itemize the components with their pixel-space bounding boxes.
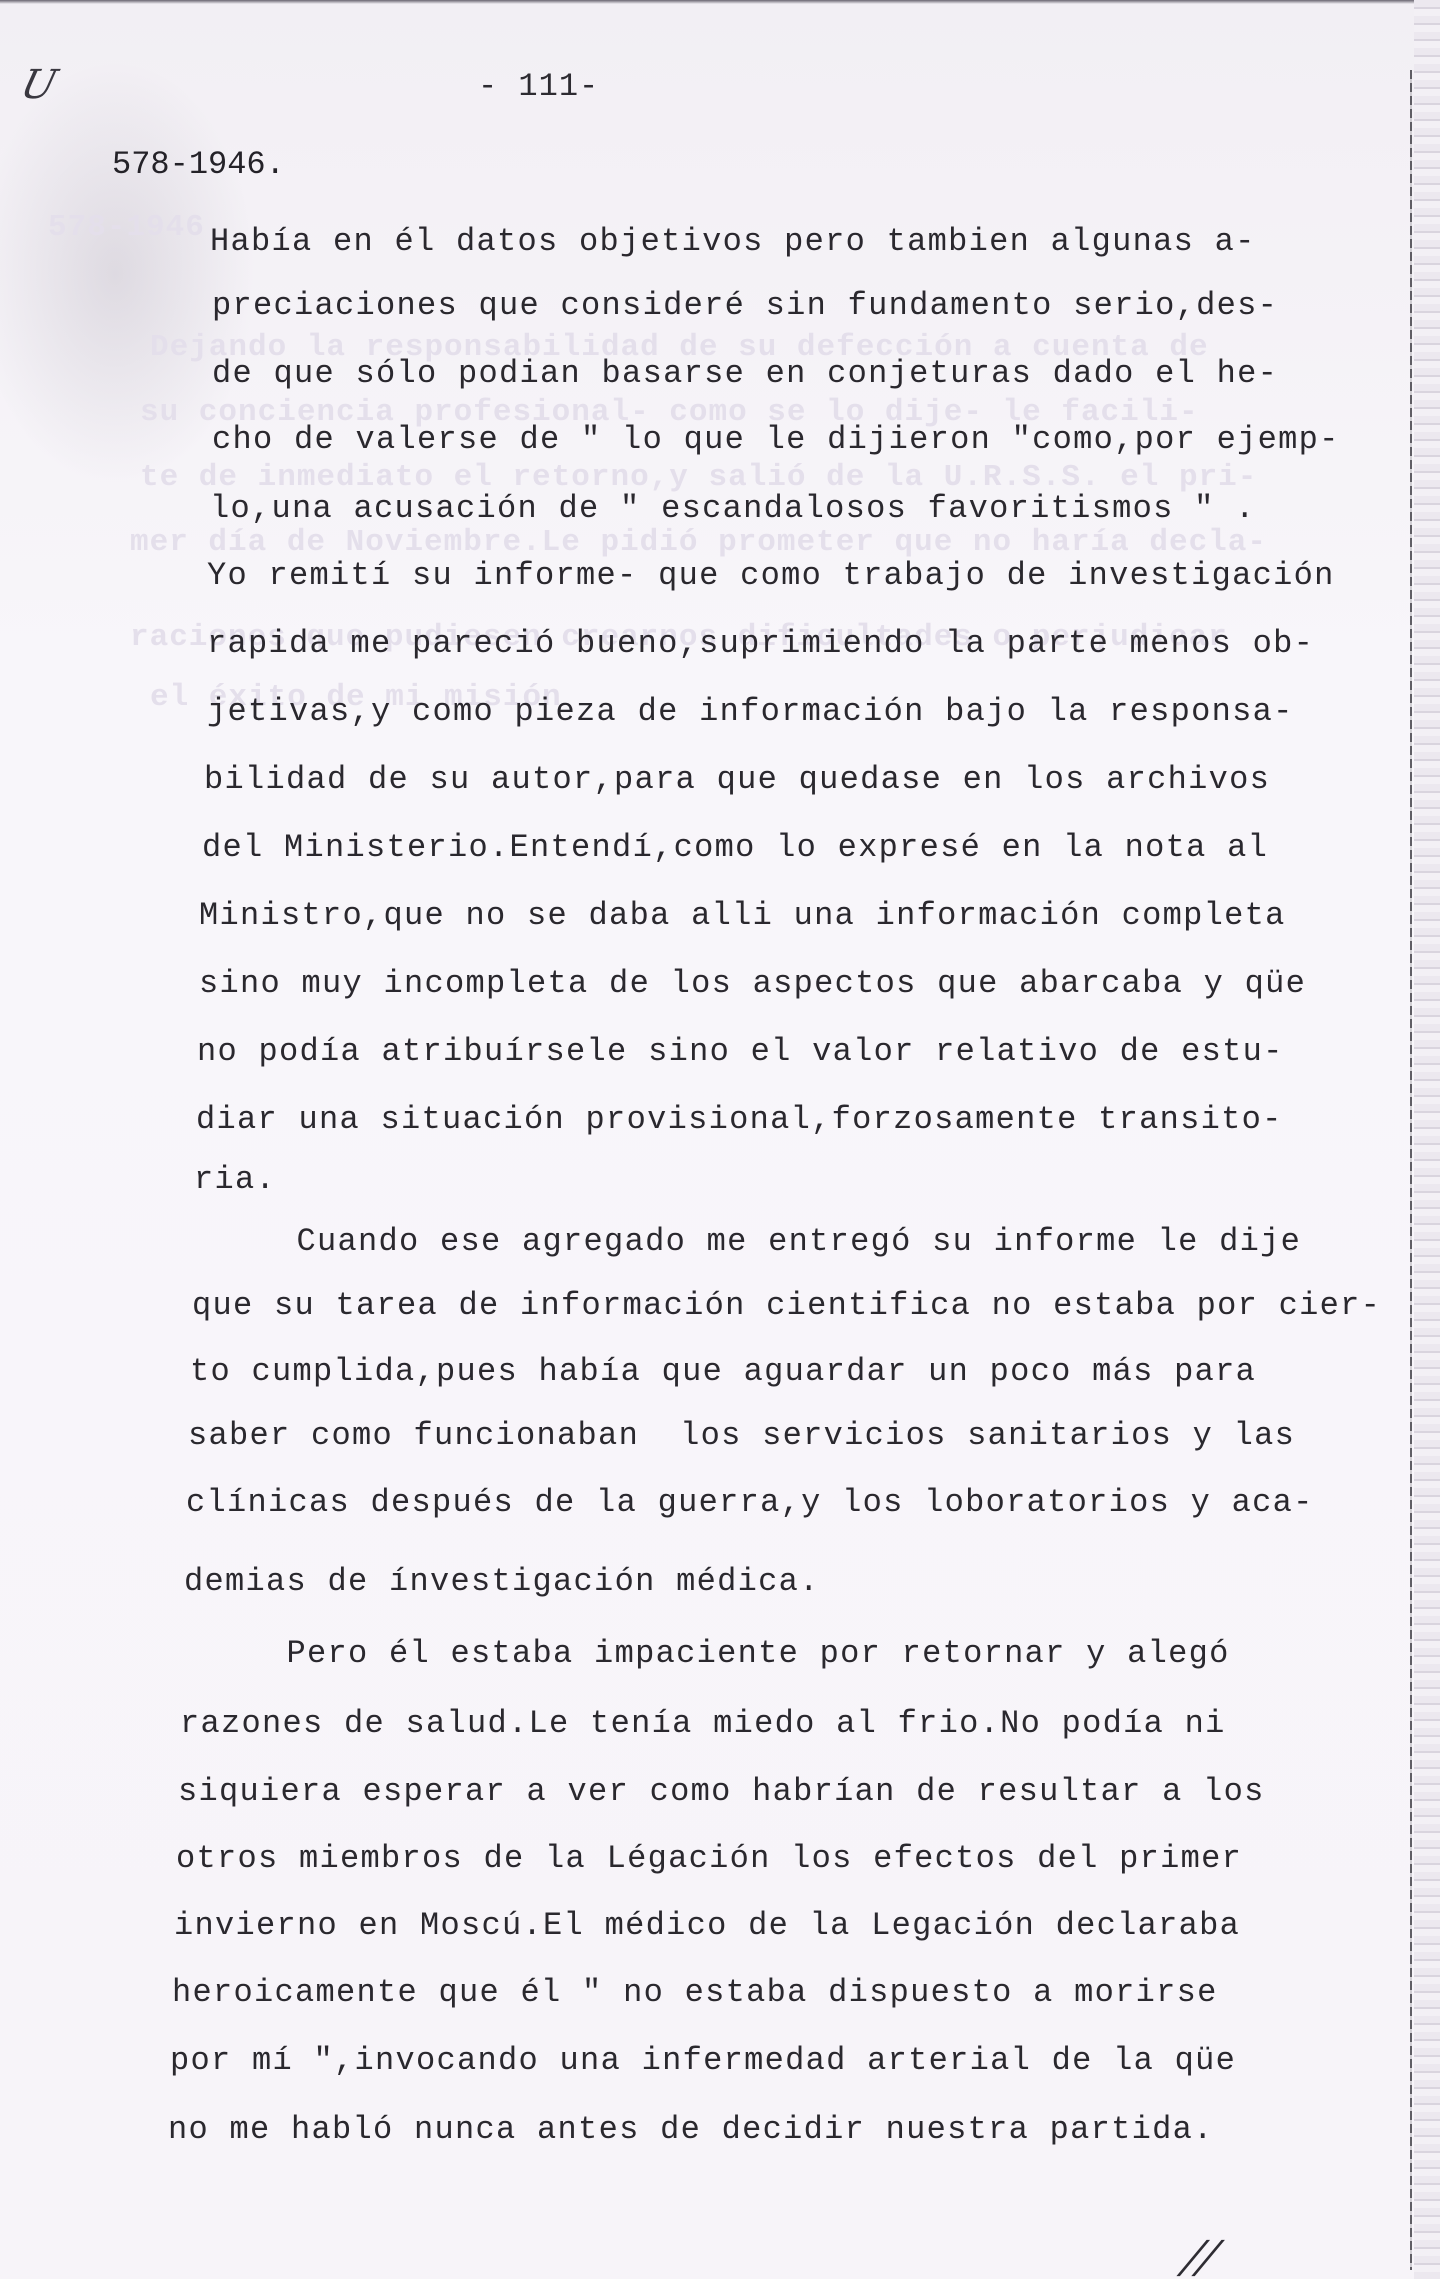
text-line: diar una situación provisional,forzosame… [196,1104,1283,1136]
text-line: to cumplida,pues había que aguardar un p… [190,1356,1256,1388]
ghost-line: 578-1946 [48,210,205,245]
text-line: no me habló nunca antes de decidir nuest… [168,2114,1214,2146]
text-line: preciaciones que consideré sin fundament… [212,290,1278,322]
text-line: rapida me pareció bueno,suprimiendo la p… [207,628,1314,660]
ghost-line: mer día de Noviembre.Le pidió prometer q… [130,525,1267,560]
text-line: no podía atribuírsele sino el valor rela… [197,1036,1284,1068]
text-line: saber como funcionaban los servicios san… [188,1420,1295,1452]
text-line: cho de valerse de " lo que le dijieron "… [212,424,1340,456]
text-line: que su tarea de información cientifica n… [192,1290,1381,1322]
text-line: clínicas después de la guerra,y los lobo… [186,1487,1314,1519]
text-line: otros miembros de la Légación los efecto… [176,1843,1242,1875]
text-line: Pero él estaba impaciente por retornar y… [184,1638,1230,1670]
text-line: Yo remití su informe- que como trabajo d… [207,560,1335,592]
scan-top-edge [0,0,1440,4]
text-line: sino muy incompleta de los aspectos que … [199,968,1306,1000]
text-line: del Ministerio.Entendí,como lo expresé e… [202,832,1268,864]
text-line: Había en él datos objetivos pero tambien… [210,226,1256,258]
text-line: razones de salud.Le tenía miedo al frio.… [180,1708,1226,1740]
page-edge-strip [1414,0,1440,2279]
text-line: demias de ínvestigación médica. [184,1566,820,1598]
text-line: siquiera esperar a ver como habrían de r… [178,1776,1265,1808]
margin-mark-bottom: // [1178,2232,1224,2279]
scanned-page: 578-1946 Dejando la responsabilidad de s… [0,0,1440,2279]
text-line: ria. [194,1164,276,1196]
text-line: invierno en Moscú.El médico de la Legaci… [174,1910,1240,1942]
binding-edge-line [1410,70,1412,2270]
page-number: - 111- [478,68,599,105]
text-line: Cuando ese agregado me entregó su inform… [194,1226,1301,1258]
text-line: Ministro,que no se daba alli una informa… [199,900,1286,932]
text-line: heroicamente que él " no estaba dispuest… [172,1977,1218,2009]
text-line: lo,una acusación de " escandalosos favor… [210,493,1256,525]
text-line: jetivas,y como pieza de información bajo… [207,696,1294,728]
text-line: de que sólo podian basarse en conjeturas… [212,358,1278,390]
text-line: bilidad de su autor,para que quedase en … [204,764,1270,796]
margin-mark-top-left: U [16,62,61,108]
text-line: por mí ",invocando una infermedad arteri… [170,2045,1236,2077]
reference-code: 578-1946. [112,146,285,183]
